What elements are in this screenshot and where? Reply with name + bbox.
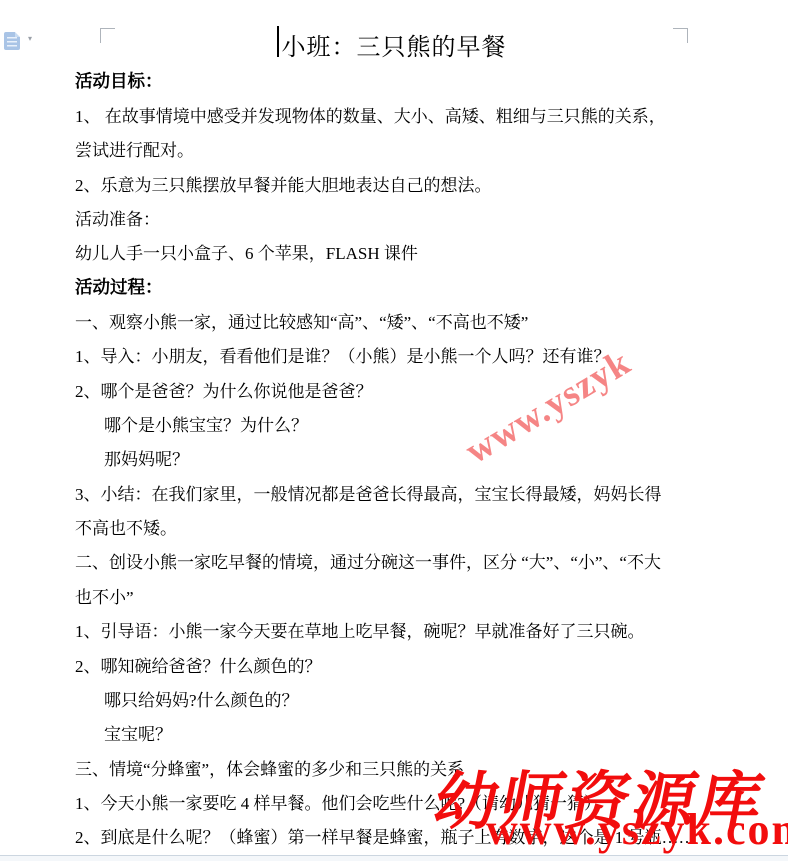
doc-line: 也不小” [75,578,720,612]
doc-line: 2、乐意为三只熊摆放早餐并能大胆地表达自己的想法。 [75,166,720,200]
doc-line: 2、哪个是爸爸？为什么你说他是爸爸？ [75,372,720,406]
doc-line: 不高也不矮。 [75,509,720,543]
doc-line: 三、情境“分蜂蜜”，体会蜂蜜的多少和三只熊的关系 [75,750,720,784]
doc-line: 哪只给妈妈?什么颜色的？ [75,681,720,715]
doc-line: 二、创设小熊一家吃早餐的情境，通过分碗这一事件，区分 “大”、“小”、“不大 [75,544,720,578]
doc-line: 活动过程： [75,269,720,303]
document-title[interactable]: 小班：三只熊的早餐 [0,27,788,62]
document-body[interactable]: 活动目标： 1、 在故事情境中感受并发现物体的数量、大小、高矮、粗细与三只熊的关… [75,63,720,853]
doc-line: 宝宝呢？ [75,716,720,750]
document-page: ▾ 小班：三只熊的早餐 活动目标： 1、 在故事情境中感受并发现物体的数量、大小… [0,0,788,861]
doc-line: 1、引导语：小熊一家今天要在草地上吃早餐，碗呢？早就准备好了三只碗。 [75,613,720,647]
doc-line: 一、观察小熊一家，通过比较感知“高”、“矮”、“不高也不矮” [75,303,720,337]
doc-line: 尝试进行配对。 [75,132,720,166]
doc-line: 活动准备： [75,200,720,234]
doc-line: 哪个是小熊宝宝？为什么？ [75,406,720,440]
doc-line: 活动目标： [75,63,720,97]
doc-line: 幼儿人手一只小盒子、6 个苹果，FLASH 课件 [75,235,720,269]
doc-line: 2、到底是什么呢？（蜂蜜）第一样早餐是蜂蜜，瓶子上有数字，这个是 1 号瓶…… [75,819,720,853]
doc-line: 1、 在故事情境中感受并发现物体的数量、大小、高矮、粗细与三只熊的关系， [75,97,720,131]
window-bottom-edge [0,855,788,861]
doc-line: 2、哪知碗给爸爸？什么颜色的？ [75,647,720,681]
doc-line: 1、导入：小朋友，看看他们是谁？（小熊）是小熊一个人吗？还有谁？ [75,338,720,372]
doc-line: 1、今天小熊一家要吃 4 样早餐。他们会吃些什么呢?（请幼儿猜一猜） [75,784,720,818]
doc-line: 3、小结：在我们家里，一般情况都是爸爸长得最高，宝宝长得最矮，妈妈长得 [75,475,720,509]
doc-line: 那妈妈呢？ [75,441,720,475]
